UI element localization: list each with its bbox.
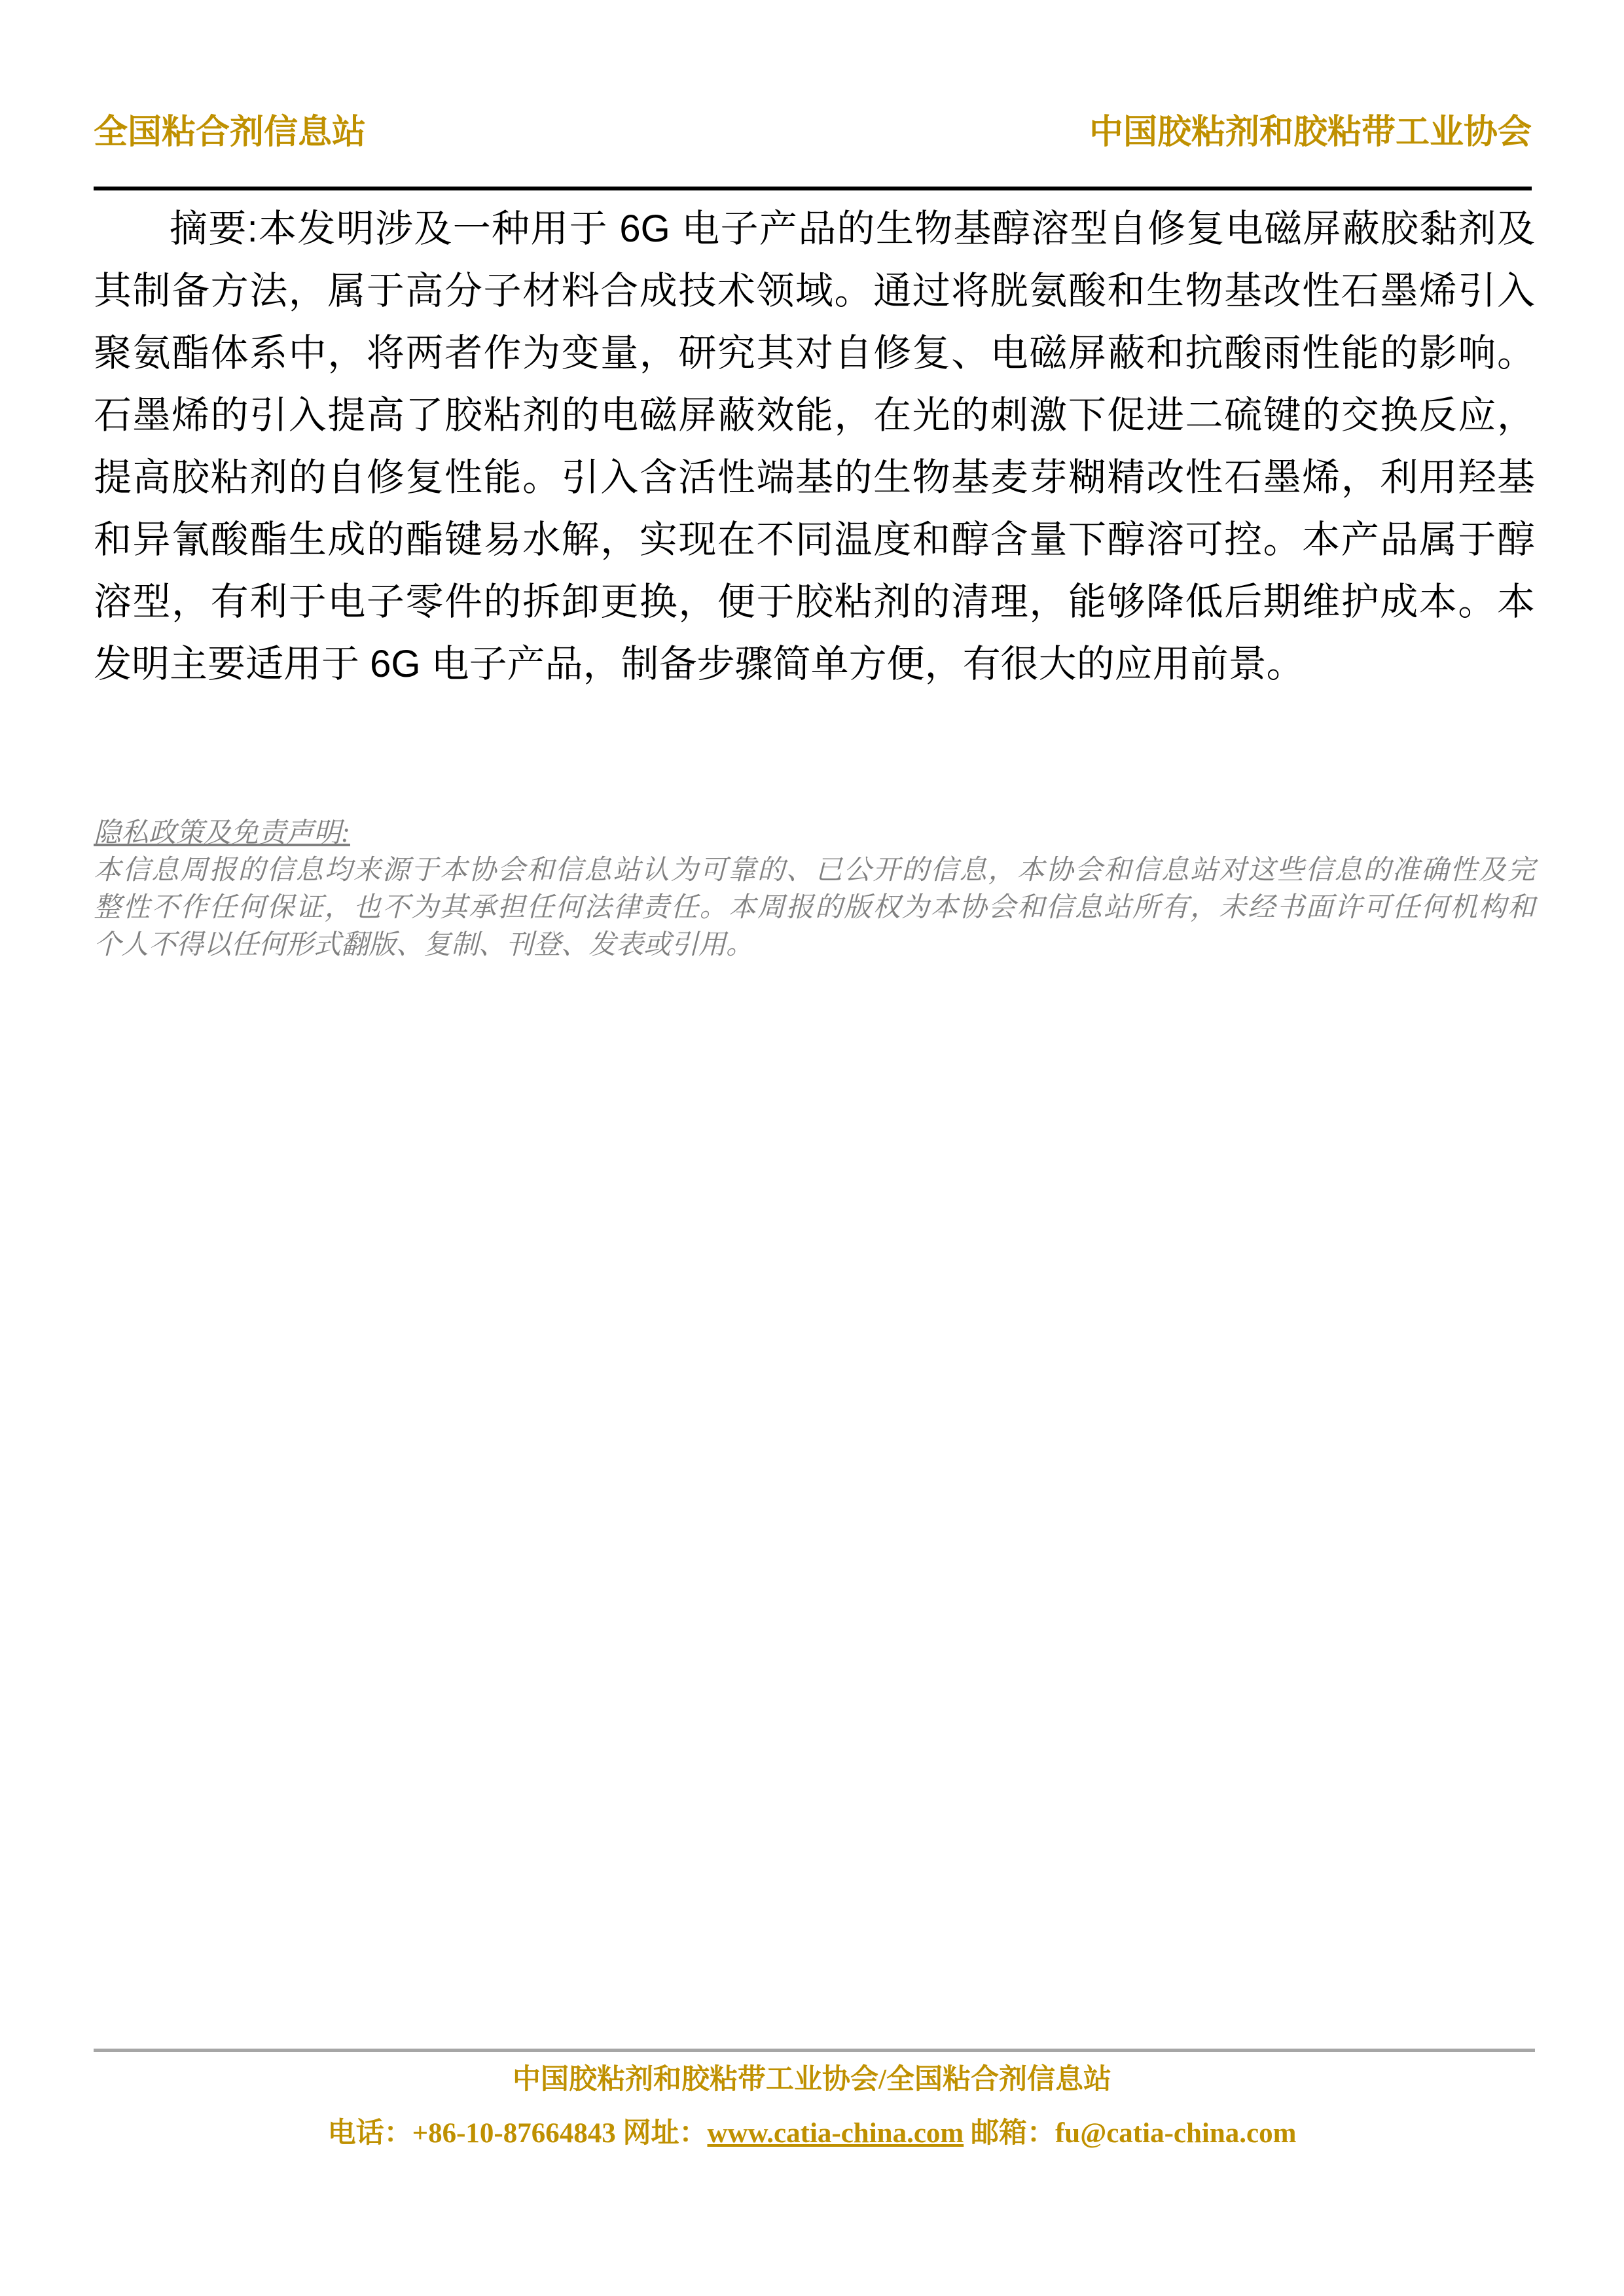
footer-divider (94, 2049, 1535, 2052)
footer-organization: 中国胶粘剂和胶粘带工业协会/全国粘合剂信息站 (0, 2062, 1624, 2098)
website-link[interactable]: www.catia-china.com (708, 2118, 964, 2149)
disclaimer-line: 本信息周报的信息均来源于本协会和信息站认为可靠的、已公开的信息，本协会和信息站对… (94, 852, 1535, 889)
page-header: 全国粘合剂信息站 中国胶粘剂和胶粘带工业协会 (94, 113, 1532, 153)
abstract-line: 聚氨酯体系中，将两者作为变量，研究其对自修复、电磁屏蔽和抗酸雨性能的影响。 (94, 322, 1535, 384)
disclaimer-block: 隐私政策及免责声明: 本信息周报的信息均来源于本协会和信息站认为可靠的、已公开的… (94, 815, 1535, 964)
header-right-org: 中国胶粘剂和胶粘带工业协会 (1089, 113, 1532, 153)
footer-phone-and-url-label: 电话：+86-10-87664843 网址： (328, 2118, 708, 2149)
footer-contact-line: 电话：+86-10-87664843 网址：www.catia-china.co… (0, 2115, 1624, 2152)
disclaimer-heading: 隐私政策及免责声明: (94, 815, 1535, 852)
abstract-line: 提高胶粘剂的自修复性能。引入含活性端基的生物基麦芽糊精改性石墨烯，利用羟基 (94, 446, 1535, 509)
footer-email: 邮箱：fu@catia-china.com (964, 2118, 1296, 2149)
abstract-line: 发明主要适用于 6G 电子产品，制备步骤简单方便，有很大的应用前景。 (94, 633, 1535, 695)
abstract-line: 和异氰酸酯生成的酯键易水解，实现在不同温度和醇含量下醇溶可控。本产品属于醇 (94, 509, 1535, 571)
document-page: 全国粘合剂信息站 中国胶粘剂和胶粘带工业协会 摘要:本发明涉及一种用于 6G 电… (0, 0, 1624, 2296)
header-left-org: 全国粘合剂信息站 (94, 113, 366, 153)
disclaimer-line: 整性不作任何保证，也不为其承担任何法律责任。本周报的版权为本协会和信息站所有，未… (94, 889, 1535, 927)
abstract-paragraph: 摘要:本发明涉及一种用于 6G 电子产品的生物基醇溶型自修复电磁屏蔽胶黏剂及 其… (94, 198, 1535, 695)
header-divider (94, 187, 1532, 190)
abstract-line: 摘要:本发明涉及一种用于 6G 电子产品的生物基醇溶型自修复电磁屏蔽胶黏剂及 (94, 198, 1535, 260)
disclaimer-line: 个人不得以任何形式翻版、复制、刊登、发表或引用。 (94, 927, 1535, 964)
abstract-line: 其制备方法，属于高分子材料合成技术领域。通过将胱氨酸和生物基改性石墨烯引入 (94, 260, 1535, 322)
abstract-line: 石墨烯的引入提高了胶粘剂的电磁屏蔽效能，在光的刺激下促进二硫键的交换反应， (94, 384, 1535, 446)
abstract-line: 溶型，有利于电子零件的拆卸更换，便于胶粘剂的清理，能够降低后期维护成本。本 (94, 571, 1535, 633)
